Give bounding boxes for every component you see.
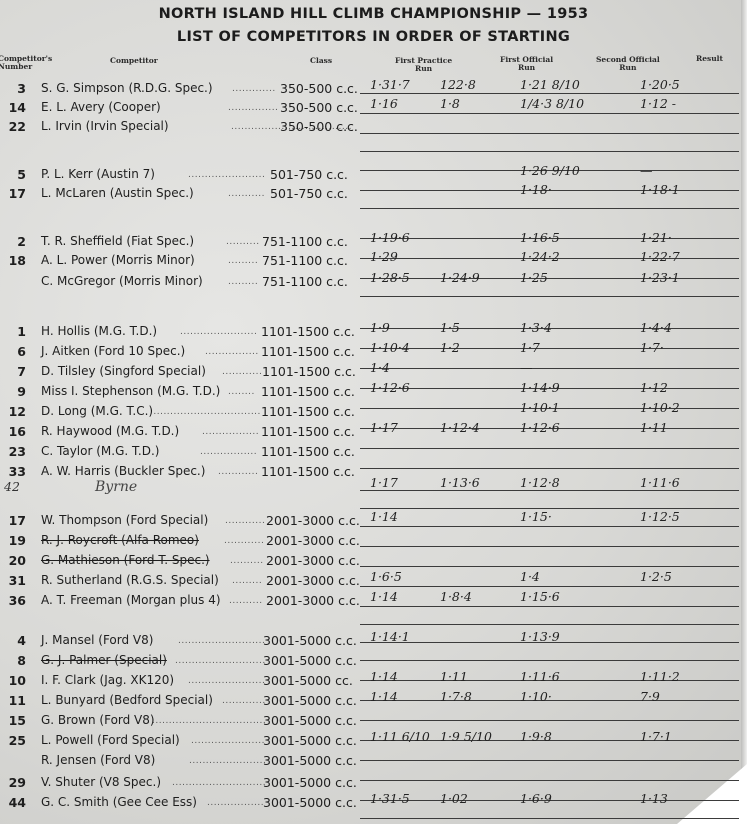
competitor-name: D. Long (M.G. T.C.) [41, 404, 153, 418]
competitor-number: 16 [0, 424, 26, 439]
leader-dots: .......... [229, 596, 263, 606]
engine-class: 2001-3000 c.c. [266, 553, 360, 568]
first-official-time: 1·12·8 [520, 475, 560, 490]
first-official-time: 1·7 [520, 340, 540, 355]
competitor-name: A. T. Freeman (Morgan plus 4) [41, 593, 221, 607]
second-official-time: 1·20·5 [640, 77, 680, 92]
competitor-row: 9Miss I. Stephenson (M.G. T.D.)........1… [0, 383, 747, 402]
leader-dots: ............ [225, 516, 265, 526]
engine-class: 3001-5000 c.c. [263, 753, 357, 768]
first-official-time: — [520, 360, 533, 375]
competitor-name: Byrne [95, 479, 137, 495]
first-practice-time: 1·16 [370, 96, 398, 111]
leader-dots: .......................... [178, 636, 265, 646]
ruled-line [360, 624, 739, 625]
second-official-time: 1·18·1 [640, 182, 680, 197]
second-official-time: 1·12·5 [640, 509, 680, 524]
competitor-row: R. Jensen (Ford V8).....................… [0, 752, 747, 771]
competitor-name: I. F. Clark (Jag. XK120) [41, 673, 174, 687]
second-official-time: 1·10·2 [640, 400, 680, 415]
second-official-time: 1·12 - [640, 96, 676, 111]
first-practice-time: 1·17 [370, 475, 398, 490]
engine-class: 2001-3000 c.c. [266, 513, 360, 528]
leader-dots: .......... [230, 556, 264, 566]
second-official-time: 1·23·1 [640, 270, 680, 285]
engine-class: 501-750 c.c. [270, 186, 348, 201]
first-practice-time: 1·9 [370, 320, 390, 335]
second-official-time: 1·13 [640, 791, 668, 806]
competitor-number: 44 [0, 795, 26, 810]
leader-dots: ......... [232, 576, 262, 586]
engine-class: 751-1100 c.c. [262, 253, 348, 268]
competitor-row: 17W. Thompson (Ford Special)............… [0, 512, 747, 531]
leader-dots: ................ [205, 347, 259, 357]
competitor-name: G. Brown (Ford V8) [41, 713, 155, 727]
competitor-name: E. L. Avery (Cooper) [41, 100, 161, 114]
competitor-name: J. Aitken (Ford 10 Spec.) [41, 344, 185, 358]
practice-retime: 1·8 [440, 96, 460, 111]
first-practice-time: 1·6·5 [370, 569, 402, 584]
competitor-name: R. Jensen (Ford V8) [41, 753, 155, 767]
competitor-name: L. McLaren (Austin Spec.) [41, 186, 194, 200]
engine-class: 2001-3000 c.c. [266, 533, 360, 548]
engine-class: 1101-1500 c.c. [261, 324, 355, 339]
competitor-number: 8 [0, 653, 26, 668]
leader-dots: ................. [207, 798, 264, 808]
leader-dots: ............ [222, 367, 262, 377]
leader-dots: ....................... [188, 676, 265, 686]
engine-class: 3001-5000 c.c. [263, 633, 357, 648]
first-practice-time: 1·14 [370, 509, 398, 524]
first-official-time: 1·15· [520, 509, 552, 524]
first-practice-time: 1·17 [370, 420, 398, 435]
engine-class: 3001-5000 c.c. [263, 775, 357, 790]
first-official-time: 1·15·6 [520, 589, 560, 604]
competitor-number: 20 [0, 553, 26, 568]
competitor-name: D. Tilsley (Singford Special) [41, 364, 206, 378]
first-official-time: 1·10·1 [520, 400, 560, 415]
second-official-time: 1·7· [640, 340, 664, 355]
first-practice-time: 1·14 [370, 669, 398, 684]
first-official-time: 1·4 [520, 569, 540, 584]
first-practice-time: 1·14 [370, 589, 398, 604]
leader-dots: ............. [232, 84, 276, 94]
first-official-time: 1·13·9 [520, 629, 560, 644]
competitor-number: 5 [0, 167, 26, 182]
second-official-time: — [640, 163, 653, 178]
competitor-number: 17 [0, 513, 26, 528]
competitor-number: 23 [0, 444, 26, 459]
first-official-time: 1·12·6 [520, 420, 560, 435]
column-header-second-official: Second OfficialRun [596, 56, 660, 72]
practice-retime: 1·8·4 [440, 589, 472, 604]
first-official-time: 1·26 9/10 [520, 163, 580, 178]
competitor-number: 19 [0, 533, 26, 548]
first-official-time: 1·10· [520, 689, 552, 704]
engine-class: 3001-5000 cc. [263, 673, 353, 688]
second-official-time: 7·9 [640, 689, 660, 704]
competitor-name: V. Shuter (V8 Spec.) [41, 775, 161, 789]
first-official-time: 1·3·4 [520, 320, 552, 335]
ruled-line [360, 208, 739, 209]
column-header-first-practice: First PracticeRun [395, 57, 452, 73]
engine-class: 350-500 c.c. [280, 100, 358, 115]
competitor-number: 17 [0, 186, 26, 201]
second-official-time: 1·2·5 [640, 569, 672, 584]
competitor-row: 18A. L. Power (Morris Minor).........751… [0, 252, 747, 271]
engine-class: 751-1100 c.c. [262, 274, 348, 289]
practice-retime: 1·13·6 [440, 475, 480, 490]
competitor-name: G. Mathieson (Ford T. Spec.) [41, 553, 210, 567]
competitor-name: L. Irvin (Irvin Special) [41, 119, 169, 133]
competitor-name: G. C. Smith (Gee Cee Ess) [41, 795, 197, 809]
engine-class: 1101-1500 c.c. [262, 364, 356, 379]
competitor-name: Miss I. Stephenson (M.G. T.D.) [41, 384, 220, 398]
competitor-row: C. McGregor (Morris Minor).........751-1… [0, 273, 747, 292]
competitor-number: 7 [0, 364, 26, 379]
engine-class: 350-500 c.c. [280, 119, 358, 134]
competitor-number: 14 [0, 100, 26, 115]
competitor-number: 42 [4, 479, 30, 494]
competitor-number: 25 [0, 733, 26, 748]
first-practice-time: 1·14 [370, 689, 398, 704]
competitor-number: 2 [0, 234, 26, 249]
competitor-number: 10 [0, 673, 26, 688]
leader-dots: ................................. [150, 407, 261, 417]
competitor-number: 22 [0, 119, 26, 134]
leader-dots: ............ [224, 536, 264, 546]
competitor-number: 31 [0, 573, 26, 588]
engine-class: 350-500 c.c. [280, 81, 358, 96]
practice-retime: 1·12·4 [440, 420, 480, 435]
second-official-time: 1·4·4 [640, 320, 672, 335]
first-practice-time: 1·4 [370, 360, 390, 375]
engine-class: 1101-1500 c.c. [261, 464, 355, 479]
engine-class: 2001-3000 c.c. [266, 593, 360, 608]
column-header-number: Competitor'sNumber [0, 55, 52, 71]
leader-dots: ............ [218, 467, 258, 477]
leader-dots: ............... [228, 103, 278, 113]
leader-dots: ........... [228, 189, 265, 199]
practice-retime: 1·7·8 [440, 689, 472, 704]
competitor-name: H. Hollis (M.G. T.D.) [41, 324, 157, 338]
first-practice-time: 1·10·4 [370, 340, 410, 355]
first-official-time: 1·24·2 [520, 249, 560, 264]
competitor-row: 5P. L. Kerr (Austin 7)..................… [0, 166, 747, 185]
first-official-time: 1·16·5 [520, 230, 560, 245]
competitor-number: 29 [0, 775, 26, 790]
ruled-line [360, 296, 739, 297]
engine-class: 1101-1500 c.c. [261, 344, 355, 359]
leader-dots: ....................... [188, 170, 265, 180]
engine-class: 3001-5000 c.c. [263, 653, 357, 668]
practice-retime: 1·11 [440, 669, 468, 684]
leader-dots: ....................... [189, 756, 266, 766]
second-official-time: 1·7·1 [640, 729, 672, 744]
leader-dots: ........................... [175, 656, 266, 666]
competitor-number: 36 [0, 593, 26, 608]
competitor-number: 11 [0, 693, 26, 708]
engine-class: 2001-3000 c.c. [266, 573, 360, 588]
engine-class: 3001-5000 c.c. [263, 733, 357, 748]
document-subtitle: LIST OF COMPETITORS IN ORDER OF STARTING [0, 29, 747, 45]
first-practice-time: 1·14·1 [370, 629, 410, 644]
competitor-name: W. Thompson (Ford Special) [41, 513, 208, 527]
second-official-time: 1·11·6 [640, 475, 680, 490]
engine-class: 751-1100 c.c. [262, 234, 348, 249]
competitor-number: 9 [0, 384, 26, 399]
competitor-name: L. Powell (Ford Special) [41, 733, 180, 747]
second-official-time: 1·21· [640, 230, 672, 245]
competitor-number: 12 [0, 404, 26, 419]
competitor-row: 17L. McLaren (Austin Spec.)...........50… [0, 185, 747, 204]
competitor-row: 14E. L. Avery (Cooper)...............350… [0, 99, 747, 118]
leader-dots: ......... [228, 277, 258, 287]
leader-dots: ................. [200, 447, 257, 457]
engine-class: 1101-1500 c.c. [261, 404, 355, 419]
first-official-time: 1·18· [520, 182, 552, 197]
ruled-line [360, 151, 739, 152]
practice-retime: 1·9 5/10 [440, 729, 492, 744]
first-official-time: 1·6·9 [520, 791, 552, 806]
competitor-name: A. W. Harris (Buckler Spec.) [41, 464, 205, 478]
competitor-number: 15 [0, 713, 26, 728]
leader-dots: ......... [228, 256, 258, 266]
first-official-time: 1·11·6 [520, 669, 560, 684]
competitor-name: R. J. Roycroft (Alfa Romeo) [41, 533, 199, 547]
leader-dots: ....................... [180, 327, 257, 337]
leader-dots: .......... [226, 237, 260, 247]
competitor-number: 18 [0, 253, 26, 268]
competitor-name: P. L. Kerr (Austin 7) [41, 167, 155, 181]
competitor-number: 1 [0, 324, 26, 339]
competitor-number: 33 [0, 464, 26, 479]
practice-retime: 122·8 [440, 77, 476, 92]
first-practice-time: 1·19·6 [370, 230, 410, 245]
second-official-time: 1·11 [640, 420, 668, 435]
competitor-row: 4J. Mansel (Ford V8)....................… [0, 632, 747, 651]
engine-class: 3001-5000 c.c. [263, 693, 357, 708]
engine-class: 1101-1500 c.c. [261, 384, 355, 399]
column-header-result: Result [696, 55, 723, 63]
engine-class: 3001-5000 c.c. [263, 713, 357, 728]
engine-class: 1101-1500 c.c. [261, 444, 355, 459]
competitor-number: 3 [0, 81, 26, 96]
competitor-row: 42Byrne1·171·13·61·12·81·11·6 [0, 478, 747, 497]
practice-retime: 1·5 [440, 320, 460, 335]
competitor-name: J. Mansel (Ford V8) [41, 633, 153, 647]
competitor-row: 25L. Powell (Ford Special)..............… [0, 732, 747, 751]
column-header-class: Class [310, 57, 332, 65]
first-official-time: 1·25 [520, 270, 548, 285]
second-official-time: 1·22·7 [640, 249, 680, 264]
first-official-time: 1/4·3 8/10 [520, 96, 584, 111]
competitor-row: 23C. Taylor (M.G. T.D.).................… [0, 443, 747, 462]
competitor-row: 11L. Bunyard (Bedford Special)..........… [0, 692, 747, 711]
competitor-row: 19R. J. Roycroft (Alfa Romeo)...........… [0, 532, 747, 551]
competitor-name: C. McGregor (Morris Minor) [41, 274, 203, 288]
practice-retime: 1·24·9 [440, 270, 480, 285]
competitor-row: 44G. C. Smith (Gee Cee Ess).............… [0, 794, 747, 813]
first-practice-time: 1·31·7 [370, 77, 410, 92]
competitor-number: 4 [0, 633, 26, 648]
leader-dots: ........ [228, 387, 255, 397]
competitor-name: L. Bunyard (Bedford Special) [41, 693, 213, 707]
column-header-first-official: First OfficialRun [500, 56, 553, 72]
competitor-name: R. Haywood (M.G. T.D.) [41, 424, 179, 438]
first-practice-time: 1·29 [370, 249, 398, 264]
leader-dots: ................. [202, 427, 259, 437]
document-title: NORTH ISLAND HILL CLIMB CHAMPIONSHIP — 1… [0, 6, 747, 22]
leader-dots: .................................. [152, 716, 266, 726]
second-official-time: 1·12 [640, 380, 668, 395]
first-official-time: 1·21 8/10 [520, 77, 580, 92]
competitor-name: C. Taylor (M.G. T.D.) [41, 444, 159, 458]
leader-dots: ...................... [191, 736, 265, 746]
first-official-time: 1·14·9 [520, 380, 560, 395]
competitor-name: A. L. Power (Morris Minor) [41, 253, 195, 267]
first-practice-time: 1·12·6 [370, 380, 410, 395]
first-official-time: 1·9·8 [520, 729, 552, 744]
competitor-number: 6 [0, 344, 26, 359]
practice-retime: 1·02 [440, 791, 468, 806]
engine-class: 501-750 c.c. [270, 167, 348, 182]
first-practice-time: 1·11 6/10 [370, 729, 430, 744]
competitor-name: G. J. Palmer (Special) [41, 653, 167, 667]
first-practice-time: 1·28·5 [370, 270, 410, 285]
competitor-row: 16R. Haywood (M.G. T.D.)................… [0, 423, 747, 442]
ruled-line [360, 818, 739, 819]
competitor-row: 22L. Irvin (Irvin Special)..............… [0, 118, 747, 137]
leader-dots: ............. [222, 696, 266, 706]
first-practice-time: 1·31·5 [370, 791, 410, 806]
competitor-name: S. G. Simpson (R.D.G. Spec.) [41, 81, 213, 95]
engine-class: 1101-1500 c.c. [261, 424, 355, 439]
engine-class: 3001-5000 c.c. [263, 795, 357, 810]
competitor-row: 36A. T. Freeman (Morgan plus 4).........… [0, 592, 747, 611]
second-official-time: 1·11·2 [640, 669, 680, 684]
practice-retime: 1·2 [440, 340, 460, 355]
competitor-name: T. R. Sheffield (Fiat Spec.) [41, 234, 194, 248]
column-header-competitor: Competitor [110, 57, 158, 65]
leader-dots: ............................ [172, 778, 266, 788]
competitor-name: R. Sutherland (R.G.S. Special) [41, 573, 219, 587]
